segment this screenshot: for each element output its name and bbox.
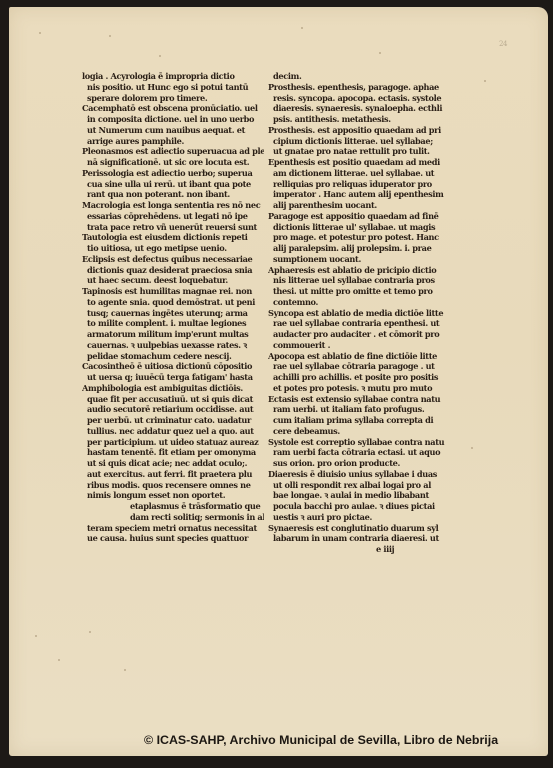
text-line: Cacemphatō est obscena pronūciatio. uel bbox=[82, 103, 264, 114]
text-line: Diaeresis ē diuisio unius syllabae i dua… bbox=[268, 469, 454, 480]
text-line: hastam tenentē. fit etiam per omonyma bbox=[82, 447, 264, 458]
text-line: imperator . Hanc autem alij epenthesim bbox=[268, 189, 454, 200]
paper-speck bbox=[89, 631, 91, 633]
text-line: Tautologia est eiusdem dictionis repeti bbox=[82, 232, 264, 243]
text-line: psis. antithesis. metathesis. bbox=[268, 114, 454, 125]
text-line: Macrologia est longa sententia res nō ne… bbox=[82, 200, 264, 211]
text-line: dictionis quaz desiderat praeciosa snia bbox=[82, 265, 264, 276]
text-line: Synaeresis est conglutinatio duarum syl bbox=[268, 523, 454, 534]
text-line: ut olli respondit rex albai logai pro al bbox=[268, 480, 454, 491]
paper-speck bbox=[159, 55, 161, 57]
text-line: nis positio. ut Hunc ego si potui tantū bbox=[82, 82, 264, 93]
text-line: dictionis litterae ul' syllabae. ut magi… bbox=[268, 222, 454, 233]
text-line: rae uel syllabae contraria epenthesi. ut bbox=[268, 318, 454, 329]
text-line: arrige aures pamphile. bbox=[82, 136, 264, 147]
text-line: ut Numerum cum nauibus aequat. et bbox=[82, 125, 264, 136]
text-line: to agente snia. quod demōstrat. ut peni bbox=[82, 297, 264, 308]
paper-speck bbox=[39, 32, 41, 34]
text-line: decim. bbox=[268, 71, 454, 82]
text-line: Apocopa est ablatio de fine dictiōie lit… bbox=[268, 351, 454, 362]
text-line: Eclipsis est defectus quibus necessariae bbox=[82, 254, 264, 265]
text-line: resis. syncopa. apocopa. ectasis. systol… bbox=[268, 93, 454, 104]
text-line: cum italiam prima syllaba correpta di bbox=[268, 415, 454, 426]
text-line: Aphaeresis est ablatio de pricipio dicti… bbox=[268, 265, 454, 276]
text-line: commouerit . bbox=[268, 340, 454, 351]
text-line: rae uel syllabae cōtraria paragoge . ut bbox=[268, 361, 454, 372]
text-line: trata pace retro vñ uenerūt reuersi sunt bbox=[82, 222, 264, 233]
text-line: Paragoge est appositio quaedam ad finē bbox=[268, 211, 454, 222]
text-line: cere debeamus. bbox=[268, 426, 454, 437]
text-line: ut haec secum. deest loquebatur. bbox=[82, 275, 264, 286]
text-line: Prosthesis. est appositio quaedam ad pri bbox=[268, 125, 454, 136]
paper-speck bbox=[484, 80, 486, 82]
text-line: ut si quis dicat acie; nec addat oculo;. bbox=[82, 458, 264, 469]
text-line: Tapinosis est humilitas magnae rei. non bbox=[82, 286, 264, 297]
text-line: contemno. bbox=[268, 297, 454, 308]
text-line: cua sine ulla ui rerū. ut ibant qua pote bbox=[82, 179, 264, 190]
folio-number: 24 bbox=[499, 40, 507, 48]
text-line: ribus modis. quos recensere omnes ne bbox=[82, 480, 264, 491]
text-line: ut gnatae pro natae rettulit pro tulit. bbox=[268, 146, 454, 157]
text-line: dam recti solitiq; sermonis in al bbox=[82, 512, 264, 523]
text-line: aut exercitus. aut ferri. fit praetera p… bbox=[82, 469, 264, 480]
text-line: Syncopa est ablatio de media dictiōe lit… bbox=[268, 308, 454, 319]
text-line: labarum in unam contraria diaeresi. ut bbox=[268, 533, 454, 544]
text-line: sumptionem uocant. bbox=[268, 254, 454, 265]
text-line: bae longae. ꝛ aulai in medio libabant bbox=[268, 490, 454, 501]
text-line: et potes pro potesis. ꝛ mutu pro muto bbox=[268, 383, 454, 394]
text-line: in composita dictione. uel in uno uerbo bbox=[82, 114, 264, 125]
text-line: Ectasis est extensio syllabae contra nat… bbox=[268, 394, 454, 405]
text-line: pocula bacchi pro aulae. ꝛ diues pictai bbox=[268, 501, 454, 512]
text-line: Epenthesis est positio quaedam ad medi bbox=[268, 157, 454, 168]
text-line: ue causa. huius sunt species quattuor bbox=[82, 533, 264, 544]
text-line: nā significationē. ut sic ore locuta est… bbox=[82, 157, 264, 168]
text-line: Pleonasmos est adiectio superuacua ad pl… bbox=[82, 146, 264, 157]
paper-speck bbox=[301, 27, 303, 29]
text-line: tullius. nec addatur quez uel a quo. aut bbox=[82, 426, 264, 437]
text-line: pro mage. et potestur pro potest. Hanc bbox=[268, 232, 454, 243]
text-line: etaplasmus ē trāsformatio que bbox=[82, 501, 264, 512]
text-line: pelidae stomachum cedere nescij. bbox=[82, 351, 264, 362]
text-line: alij parenthesim uocant. bbox=[268, 200, 454, 211]
text-line: diaeresis. synaeresis. synaloepha. ecthl… bbox=[268, 103, 454, 114]
text-line: ram uerbi. ut italiam fato profugus. bbox=[268, 404, 454, 415]
text-line: Perissologia est adiectio uerbo; superua bbox=[82, 168, 264, 179]
text-line: uestis ꝛ auri pro pictae. bbox=[268, 512, 454, 523]
text-line: sperare dolorem pro timere. bbox=[82, 93, 264, 104]
text-line: teram speciem metri ornatus necessitat bbox=[82, 523, 264, 534]
text-line: Prosthesis. epenthesis, paragoge. aphae bbox=[268, 82, 454, 93]
text-line: Systole est correptio syllabae contra na… bbox=[268, 437, 454, 448]
text-line: essarias cōprehēdens. ut legati nō ipe bbox=[82, 211, 264, 222]
text-line: audio secutorē retiarium occidisse. aut bbox=[82, 404, 264, 415]
text-line: cauernas. ꝛ uulpebias uexasse rates. ꝛ bbox=[82, 340, 264, 351]
text-line: achilli pro achillis. et posite pro posi… bbox=[268, 372, 454, 383]
text-line: nis litterae uel syllabae contraria pros bbox=[268, 275, 454, 286]
text-line: armatorum militum imp'erunt multas bbox=[82, 329, 264, 340]
text-line: relliquias pro reliquas īduperator pro bbox=[268, 179, 454, 190]
text-line: tusq; cauernas ingētes uterunq; arma bbox=[82, 308, 264, 319]
paper-speck bbox=[35, 635, 37, 637]
text-line: per uerbū. ut criminatur cato. uadatur bbox=[82, 415, 264, 426]
right-text-column: decim.Prosthesis. epenthesis, paragoge. … bbox=[268, 71, 454, 555]
text-line: ut uersa q; iuuēcū terga fatigam' hasta bbox=[82, 372, 264, 383]
text-line: audacter pro audaciter . et cōmorit pro bbox=[268, 329, 454, 340]
paper-speck bbox=[124, 669, 126, 671]
text-line: to milite complent. i. multae legiones bbox=[82, 318, 264, 329]
text-line: rant qua non poterant. non ibant. bbox=[82, 189, 264, 200]
text-line: ram uerbi facta cōtraria ectasi. ut aquo bbox=[268, 447, 454, 458]
text-line: Amphibologia est ambiguitas dictiōis. bbox=[82, 383, 264, 394]
text-line: am dictionem litterae. uel syllabae. ut bbox=[268, 168, 454, 179]
paper-speck bbox=[58, 659, 60, 661]
copyright-credit: © ICAS-SAHP, Archivo Municipal de Sevill… bbox=[144, 733, 498, 747]
text-line: quae fit per accusatiuū. ut si quis dica… bbox=[82, 394, 264, 405]
paper-speck bbox=[109, 35, 111, 37]
text-line: thesi. ut mitte pro omitte et temo pro bbox=[268, 286, 454, 297]
left-text-column: logia . Acyrologia ē impropria dictionis… bbox=[82, 71, 264, 544]
paper-speck bbox=[471, 447, 473, 449]
signature-mark: e iiij bbox=[268, 544, 454, 555]
text-line: tio uitiosa, ut ego metipse uenio. bbox=[82, 243, 264, 254]
text-line: alij paralepsim. alij prolepsim. i. prae bbox=[268, 243, 454, 254]
text-line: cipium dictionis litterae. uel syllabae; bbox=[268, 136, 454, 147]
text-line: nimis longum esset non oportet. bbox=[82, 490, 264, 501]
text-line: Cacosintheō ē uitiosa dictionū cōpositio bbox=[82, 361, 264, 372]
paper-speck bbox=[379, 52, 381, 54]
text-line: logia . Acyrologia ē impropria dictio bbox=[82, 71, 264, 82]
text-line: per participium. ut uideo statuaz aureaz bbox=[82, 437, 264, 448]
text-line: sus orion. pro orion producte. bbox=[268, 458, 454, 469]
